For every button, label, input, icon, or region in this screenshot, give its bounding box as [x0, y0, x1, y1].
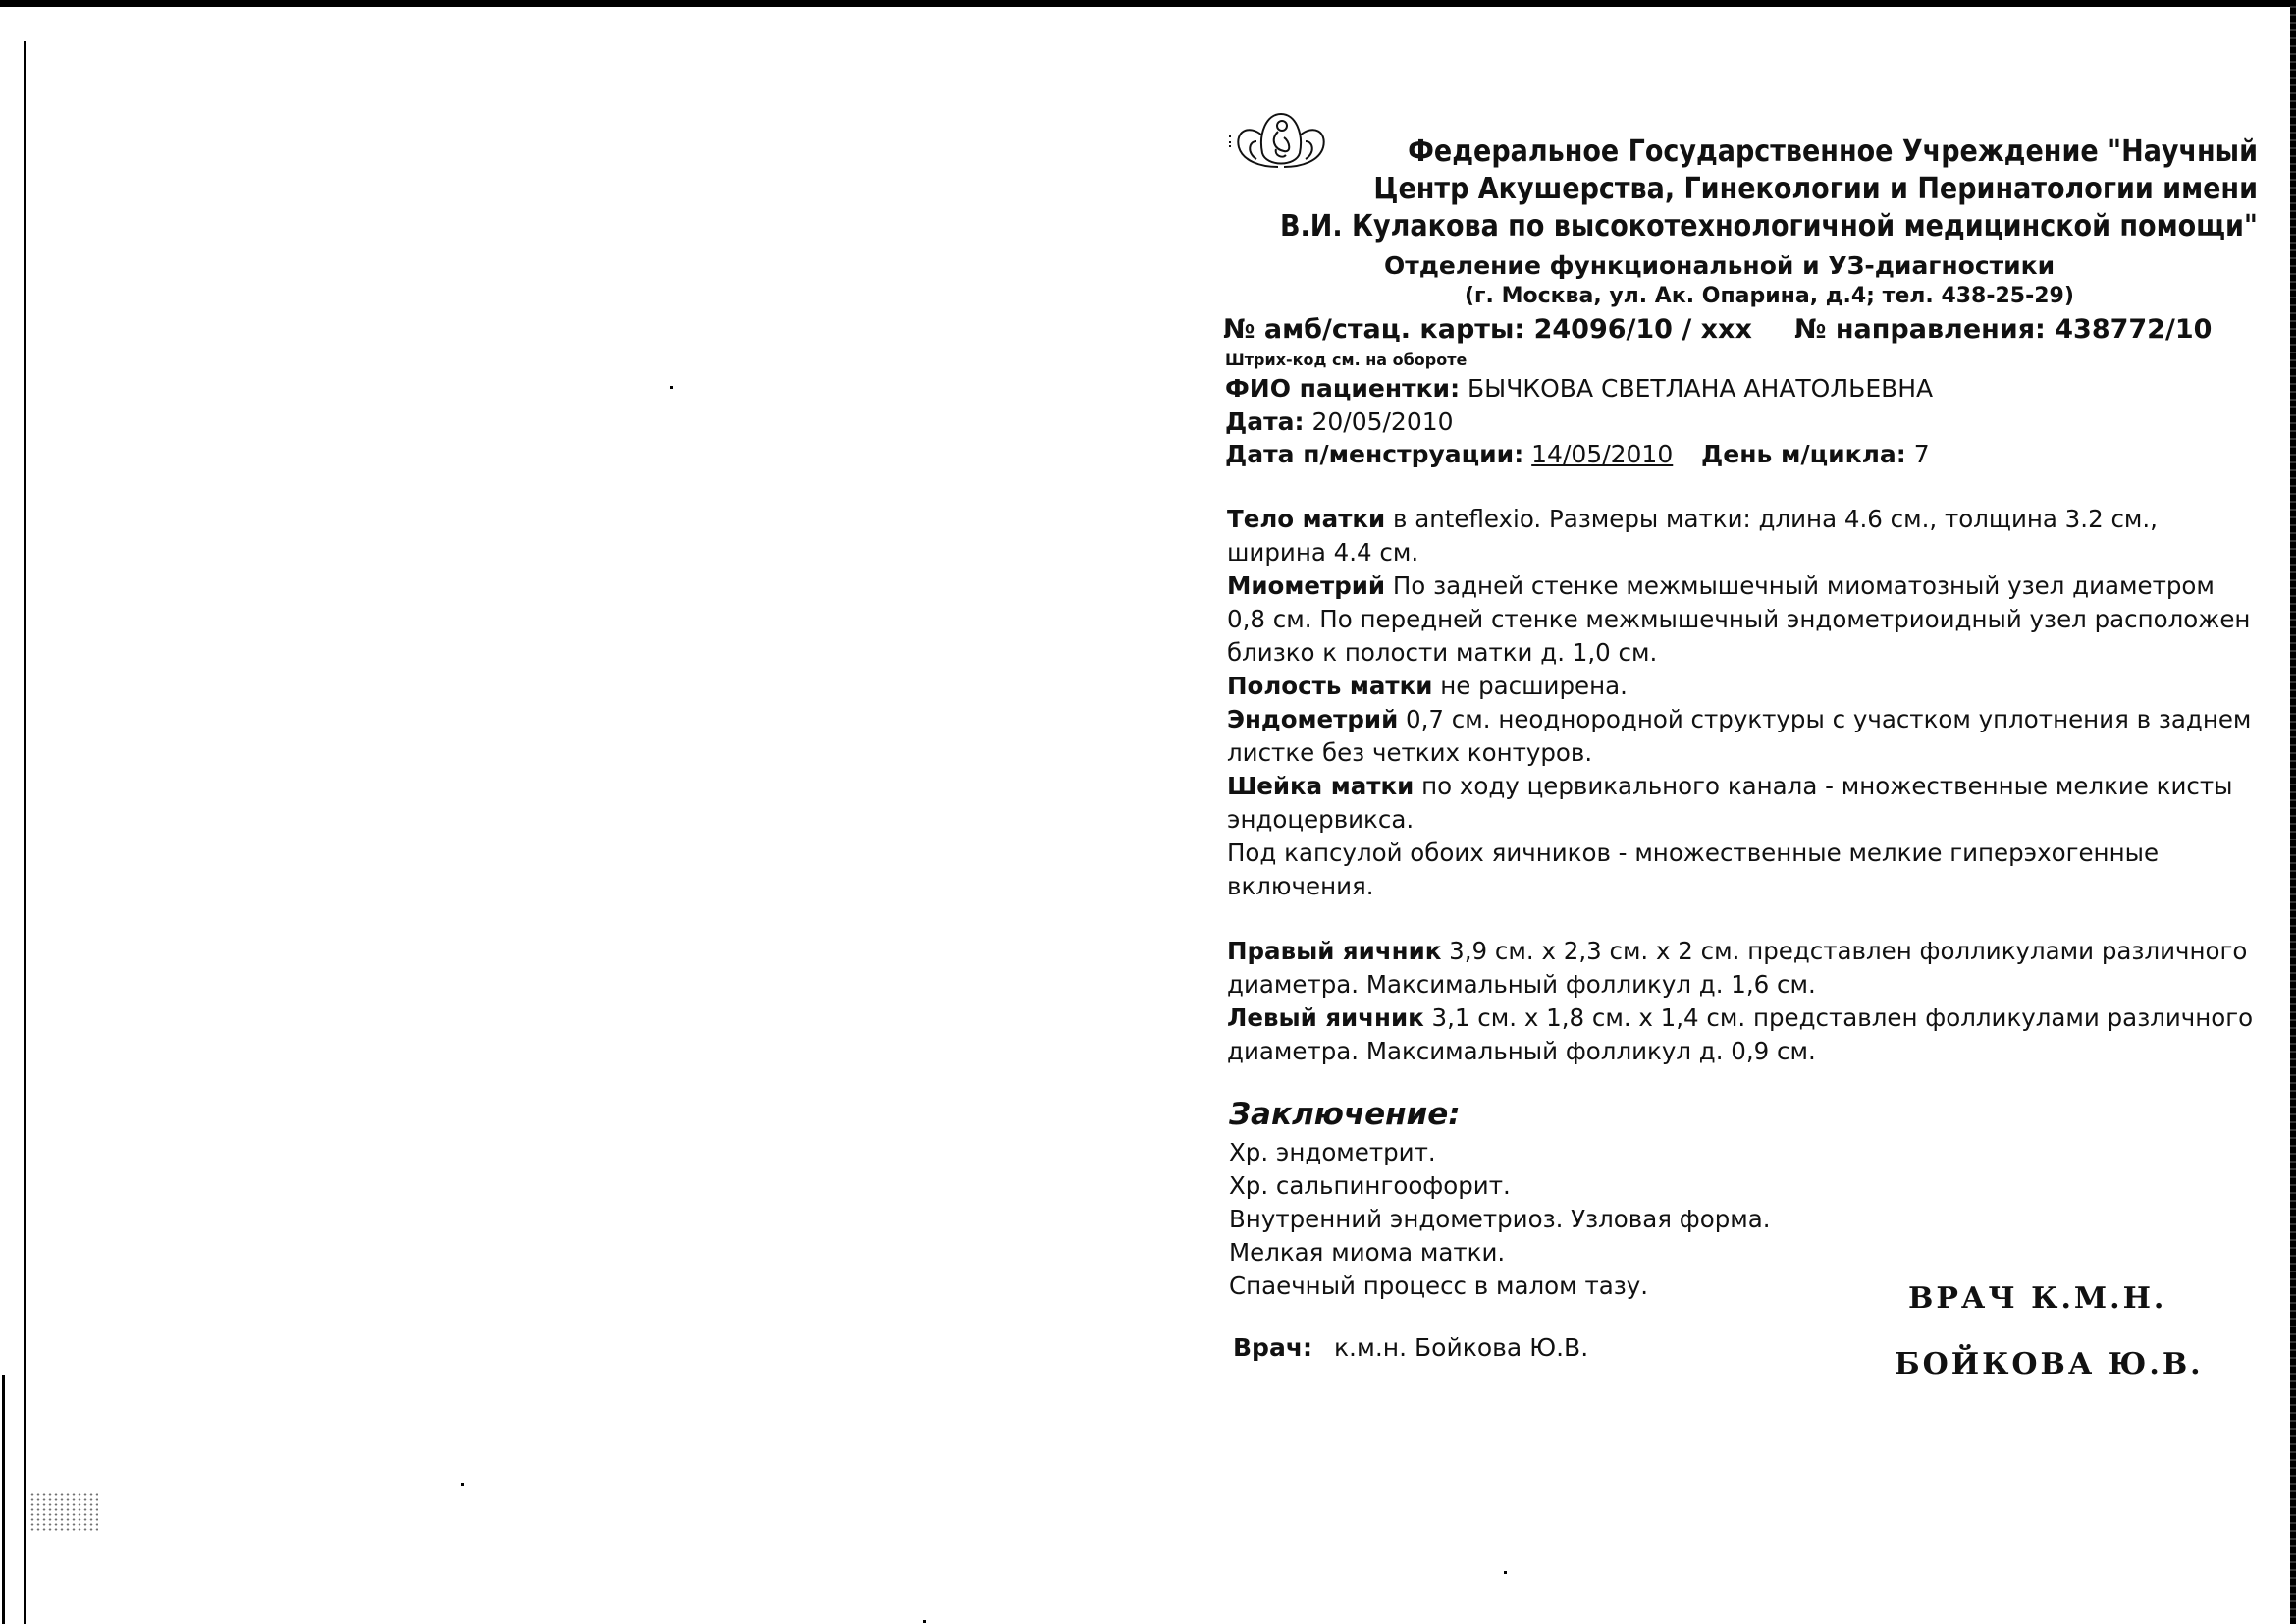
finding-cervix: Шейка матки по ходу цервикального канала…	[1227, 770, 2256, 837]
scan-border-top	[0, 0, 2296, 7]
card-number-label: № амб/стац. карты:	[1223, 314, 1524, 345]
referral-number-value: 438772/10	[2055, 314, 2212, 345]
exam-date-field: Дата: 20/05/2010	[1225, 407, 1454, 436]
referral-number-label: № направления:	[1794, 314, 2046, 345]
doctor-signature-line: Врач: к.м.н. Бойкова Ю.В.	[1233, 1333, 1588, 1362]
conclusion-item: Спаечный процесс в малом тазу.	[1229, 1270, 1771, 1303]
conclusion-item: Мелкая миома матки.	[1229, 1236, 1771, 1270]
cycle-day-value: 7	[1914, 440, 1930, 468]
patient-name-field: ФИО пациентки: БЫЧКОВА СВЕТЛАНА АНАТОЛЬЕ…	[1225, 374, 1933, 403]
finding-title: Миометрий	[1227, 571, 1385, 600]
conclusion-item: Хр. сальпингоофорит.	[1229, 1169, 1771, 1203]
patient-name-value: БЫЧКОВА СВЕТЛАНА АНАТОЛЬЕВНА	[1468, 374, 1933, 403]
scan-border-left	[2, 1375, 5, 1624]
card-number-value: 24096/10 / xxx	[1534, 314, 1752, 345]
finding-text: Под капсулой обоих яичников - множествен…	[1227, 839, 2159, 900]
institution-line: Центр Акушерства, Гинекологии и Перинато…	[1237, 171, 2258, 208]
referral-number: № направления: 438772/10	[1794, 314, 2212, 345]
finding-title: Эндометрий	[1227, 705, 1398, 733]
doctor-stamp: ВРАЧ К.М.Н. БОЙКОВА Ю.В.	[1895, 1281, 2204, 1381]
finding-uterus-body: Тело матки в anteflexio. Размеры матки: …	[1227, 503, 2256, 569]
conclusion-list: Хр. эндометрит. Хр. сальпингоофорит. Вну…	[1229, 1136, 1771, 1303]
finding-text: не расширена.	[1432, 672, 1628, 700]
conclusion-item: Внутренний эндометриоз. Узловая форма.	[1229, 1203, 1771, 1236]
conclusion-item: Хр. эндометрит.	[1229, 1136, 1771, 1169]
finding-title: Шейка матки	[1227, 772, 1414, 800]
doctor-label: Врач:	[1233, 1333, 1312, 1362]
finding-title: Левый яичник	[1227, 1003, 1424, 1032]
cycle-day-label: День м/цикла:	[1701, 440, 1906, 468]
lmp-date-value: 14/05/2010	[1531, 440, 1673, 468]
finding-endometrium: Эндометрий 0,7 см. неоднородной структур…	[1227, 703, 2256, 770]
finding-title: Правый яичник	[1227, 937, 1441, 965]
scan-speck	[1504, 1571, 1507, 1574]
institution-line: В.И. Кулакова по высокотехнологичной мед…	[1237, 208, 2258, 245]
finding-uterine-cavity: Полость матки не расширена.	[1227, 670, 2256, 703]
lmp-date-field: Дата п/менструации: 14/05/2010	[1225, 440, 1673, 468]
barcode-note: Штрих-код см. на обороте	[1225, 351, 1467, 369]
scan-speck	[670, 386, 673, 389]
card-number: № амб/стац. карты: 24096/10 / xxx	[1223, 314, 1752, 345]
scan-border-right	[2290, 0, 2296, 1624]
finding-myometrium: Миометрий По задней стенке межмышечный м…	[1227, 569, 2256, 670]
scan-page-edge-line	[24, 41, 26, 1624]
finding-ovary-capsule: Под капсулой обоих яичников - множествен…	[1227, 837, 2256, 903]
scan-noise	[29, 1492, 98, 1532]
finding-left-ovary: Левый яичник 3,1 см. x 1,8 см. x 1,4 см.…	[1227, 1001, 2256, 1068]
doctor-name: к.м.н. Бойкова Ю.В.	[1334, 1333, 1588, 1362]
conclusion-title: Заключение:	[1229, 1097, 1461, 1132]
institution-address: (г. Москва, ул. Ак. Опарина, д.4; тел. 4…	[1465, 284, 2074, 308]
patient-name-label: ФИО пациентки:	[1225, 374, 1460, 403]
stamp-line-name: БОЙКОВА Ю.В.	[1895, 1347, 2204, 1381]
scan-speck	[461, 1483, 464, 1486]
lmp-date-label: Дата п/менструации:	[1225, 440, 1523, 468]
finding-right-ovary: Правый яичник 3,9 см. x 2,3 см. x 2 см. …	[1227, 935, 2256, 1001]
cycle-day-field: День м/цикла: 7	[1701, 440, 1930, 468]
stamp-line-title: ВРАЧ К.М.Н.	[1908, 1281, 2204, 1316]
findings-section: Тело матки в anteflexio. Размеры матки: …	[1227, 503, 2256, 1068]
institution-header: Федеральное Государственное Учреждение "…	[1237, 134, 2258, 245]
exam-date-value: 20/05/2010	[1311, 407, 1453, 436]
finding-title: Тело матки	[1227, 505, 1385, 533]
exam-date-label: Дата:	[1225, 407, 1305, 436]
institution-line: Федеральное Государственное Учреждение "…	[1237, 134, 2258, 171]
department-name: Отделение функциональной и УЗ-диагностик…	[1384, 251, 2055, 280]
finding-title: Полость матки	[1227, 672, 1432, 700]
scan-speck	[923, 1620, 926, 1623]
